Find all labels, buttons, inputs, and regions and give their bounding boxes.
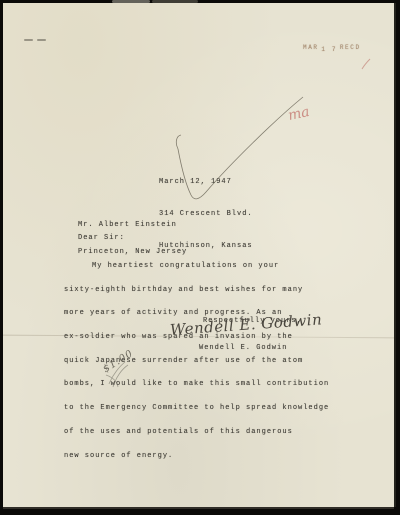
body-line: My heartiest congratulations on your bbox=[64, 263, 350, 271]
body-line: to the Emergency Committee to help sprea… bbox=[64, 405, 350, 413]
recipient-name: Mr. Albert Einstein bbox=[78, 221, 187, 230]
body-line: new source of energy. bbox=[64, 453, 350, 461]
body-line: of the uses and potentials of this dange… bbox=[64, 429, 350, 437]
salutation: Dear Sir: bbox=[78, 234, 125, 242]
letter-paper: MAR 1 7 RECD March 12, 1947 314 Crescent… bbox=[3, 3, 394, 507]
staple-mark bbox=[37, 39, 46, 41]
stamp-received: RECD bbox=[340, 44, 361, 51]
letter-date: March 12, 1947 bbox=[159, 177, 253, 188]
scanned-letter: MAR 1 7 RECD March 12, 1947 314 Crescent… bbox=[0, 0, 400, 515]
stamp-day: 1 7 bbox=[321, 46, 337, 53]
stamp-month: MAR bbox=[303, 44, 319, 51]
red-pencil-annotation: ma bbox=[287, 104, 311, 124]
staple-mark bbox=[24, 39, 33, 41]
signature-typed-name: Wendell E. Godwin bbox=[199, 344, 287, 352]
body-line: sixty-eighth birthday and best wishes fo… bbox=[64, 287, 350, 295]
received-date-stamp: MAR 1 7 RECD bbox=[303, 44, 361, 51]
red-stamp-tick bbox=[362, 59, 370, 69]
body-line: bombs, I would like to make this small c… bbox=[64, 381, 350, 389]
